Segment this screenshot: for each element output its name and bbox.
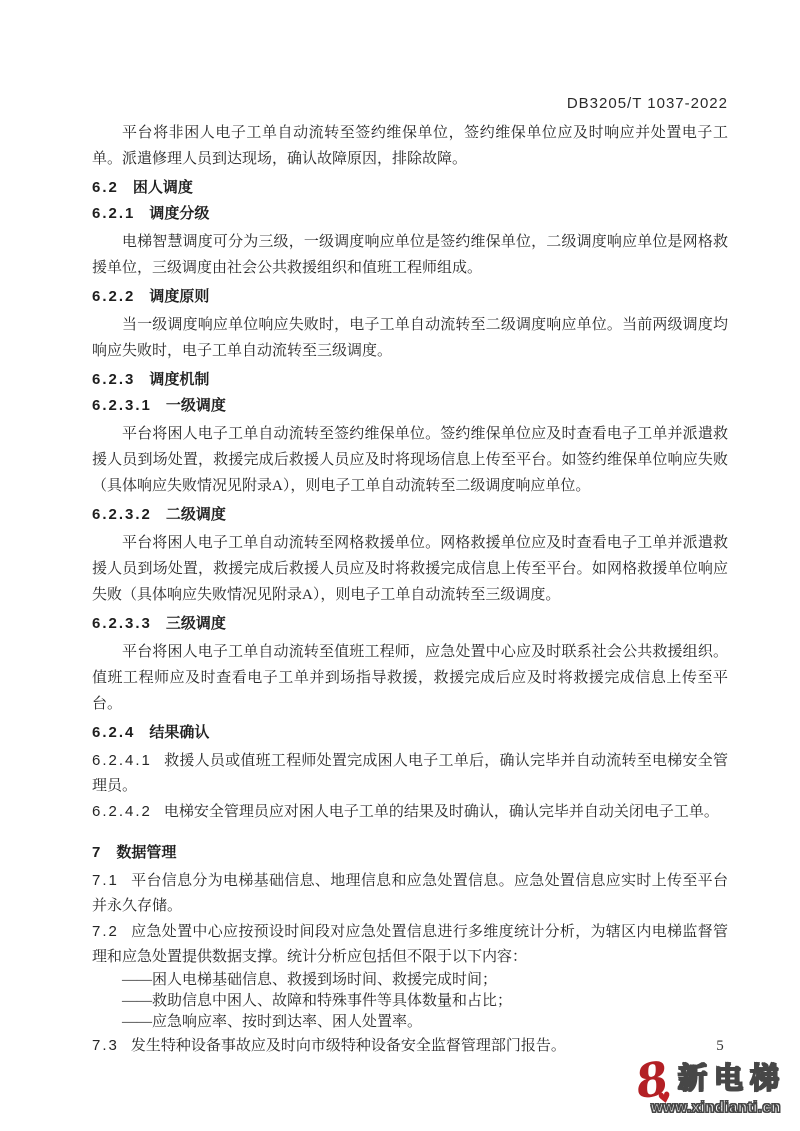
clause-number: 7.2 (92, 923, 119, 940)
list-item: ——应急响应率、按时到达率、困人处置率。 (92, 1012, 728, 1033)
xindianti-watermark: 8 ♥ 新电梯 www.xindianti.cn (636, 1063, 796, 1129)
clause-title: 调度原则 (149, 288, 209, 305)
numbered-paragraph: 6.2.4.1救援人员或值班工程师处置完成困人电子工单后，确认完毕并自动流转至电… (92, 748, 728, 799)
clause-number: 7.3 (92, 1037, 119, 1054)
clause-title: 二级调度 (166, 506, 226, 523)
clause-title: 结果确认 (149, 724, 209, 741)
clause-number: 6.2.4 (92, 724, 135, 741)
body-paragraph: 平台将非困人电子工单自动流转至签约维保单位，签约维保单位应及时响应并处置电子工单… (92, 120, 728, 172)
clause-number: 6.2.3.2 (92, 506, 152, 523)
clause-title: 调度分级 (149, 205, 209, 222)
clause-number: 6.2.3 (92, 371, 135, 388)
body-paragraph: 平台将困人电子工单自动流转至签约维保单位。签约维保单位应及时查看电子工单并派遣救… (92, 421, 728, 499)
list-item: ——救助信息中困人、故障和特殊事件等具体数量和占比； (92, 991, 728, 1012)
paragraph-text: 电梯安全管理员应对困人电子工单的结果及时确认，确认完毕并自动关闭电子工单。 (164, 804, 719, 820)
document-content: 平台将非困人电子工单自动流转至签约维保单位，签约维保单位应及时响应并处置电子工单… (92, 120, 728, 1059)
clause-heading-6-2-3-1: 6.2.3.1一级调度 (92, 396, 728, 416)
clause-heading-6-2-3-2: 6.2.3.2二级调度 (92, 505, 728, 525)
clause-heading-6-2-3: 6.2.3调度机制 (92, 370, 728, 390)
body-paragraph: 电梯智慧调度可分为三级，一级调度响应单位是签约维保单位，二级调度响应单位是网格救… (92, 229, 728, 281)
paragraph-text: 发生特种设备事故应及时向市级特种设备安全监督管理部门报告。 (131, 1038, 566, 1054)
body-paragraph: 平台将困人电子工单自动流转至网格救援单位。网格救援单位应及时查看电子工单并派遣救… (92, 530, 728, 608)
numbered-paragraph: 7.2应急处置中心应按预设时间段对应急处置信息进行多维度统计分析，为辖区内电梯监… (92, 919, 728, 970)
document-page: DB3205/T 1037-2022 平台将非困人电子工单自动流转至签约维保单位… (0, 0, 800, 1131)
chapter-heading-7: 7数据管理 (92, 843, 728, 863)
clause-number: 6.2.4.1 (92, 752, 152, 769)
doc-code: DB3205/T 1037-2022 (567, 95, 728, 112)
clause-title: 一级调度 (166, 397, 226, 414)
list-item: ——困人电梯基础信息、救援到场时间、救援完成时间； (92, 970, 728, 991)
chapter-title: 数据管理 (116, 844, 176, 861)
numbered-paragraph: 6.2.4.2电梯安全管理员应对困人电子工单的结果及时确认，确认完毕并自动关闭电… (92, 799, 728, 825)
clause-number: 6.2.3.1 (92, 397, 152, 414)
clause-heading-6-2-4: 6.2.4结果确认 (92, 723, 728, 743)
clause-title: 调度机制 (149, 371, 209, 388)
clause-number: 6.2.1 (92, 205, 135, 222)
page-number: 5 (705, 1038, 735, 1055)
clause-title: 困人调度 (133, 179, 193, 196)
watermark-url: www.xindianti.cn (636, 1099, 796, 1116)
clause-heading-6-2: 6.2困人调度 (92, 178, 728, 198)
numbered-paragraph: 7.1平台信息分为电梯基础信息、地理信息和应急处置信息。应急处置信息应实时上传至… (92, 868, 728, 919)
watermark-brand: 新电梯 (678, 1063, 786, 1095)
clause-number: 6.2.3.3 (92, 615, 152, 632)
clause-number: 6.2.4.2 (92, 803, 152, 820)
body-paragraph: 平台将困人电子工单自动流转至值班工程师，应急处置中心应及时联系社会公共救援组织。… (92, 639, 728, 717)
clause-heading-6-2-2: 6.2.2调度原则 (92, 287, 728, 307)
clause-heading-6-2-1: 6.2.1调度分级 (92, 204, 728, 224)
paragraph-text: 应急处置中心应按预设时间段对应急处置信息进行多维度统计分析，为辖区内电梯监督管理… (92, 924, 728, 965)
paragraph-text: 平台信息分为电梯基础信息、地理信息和应急处置信息。应急处置信息应实时上传至平台并… (92, 873, 728, 914)
clause-title: 三级调度 (166, 615, 226, 632)
clause-number: 6.2.2 (92, 288, 135, 305)
body-paragraph: 当一级调度响应单位响应失败时，电子工单自动流转至二级调度响应单位。当前两级调度均… (92, 312, 728, 364)
clause-heading-6-2-3-3: 6.2.3.3三级调度 (92, 614, 728, 634)
clause-number: 7.1 (92, 872, 119, 889)
paragraph-text: 救援人员或值班工程师处置完成困人电子工单后，确认完毕并自动流转至电梯安全管理员。 (92, 753, 728, 794)
chapter-number: 7 (92, 844, 102, 861)
clause-number: 6.2 (92, 179, 119, 196)
